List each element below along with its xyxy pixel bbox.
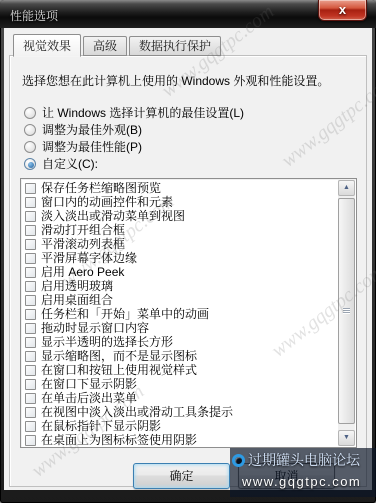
checkbox-icon[interactable] xyxy=(25,407,36,418)
checkbox-icon[interactable] xyxy=(25,211,36,222)
effect-item-label: 在单击后淡出菜单 xyxy=(41,391,137,405)
effect-list-item[interactable]: 任务栏和「开始」菜单中的动画 xyxy=(23,307,337,321)
effect-list-item[interactable]: 在鼠标指针下显示阴影 xyxy=(23,419,337,433)
checkbox-icon[interactable] xyxy=(25,421,36,432)
forum-logo-icon xyxy=(232,454,245,467)
checkbox-icon[interactable] xyxy=(25,309,36,320)
scroll-down-button[interactable]: ▼ xyxy=(338,430,355,446)
effect-item-label: 滑动打开组合框 xyxy=(41,223,125,237)
effect-item-label: 显示半透明的选择长方形 xyxy=(41,335,173,349)
effect-item-label: 在视图中淡入淡出或滑动工具条提示 xyxy=(41,405,233,419)
radio-option-label: 自定义(C): xyxy=(42,155,98,172)
radio-option-label: 让 Windows 选择计算机的最佳设置(L) xyxy=(42,104,244,121)
effect-list-item[interactable]: 在桌面上为图标标签使用阴影 xyxy=(23,433,337,447)
effect-list-item[interactable]: 平滑屏幕字体边缘 xyxy=(23,251,337,265)
checkbox-icon[interactable] xyxy=(25,197,36,208)
effect-list-item[interactable]: 拖动时显示窗口内容 xyxy=(23,321,337,335)
effect-item-label: 启用 Aero Peek xyxy=(41,265,124,279)
radio-button-icon xyxy=(24,141,36,153)
effect-list-item[interactable]: 平滑滚动列表框 xyxy=(23,237,337,251)
tab-label: 数据执行保护 xyxy=(139,39,211,53)
effect-item-label: 在窗口和按钮上使用视觉样式 xyxy=(41,363,197,377)
radio-option[interactable]: 调整为最佳性能(P) xyxy=(24,138,244,155)
effect-list-item[interactable]: 在窗口和按钮上使用视觉样式 xyxy=(23,363,337,377)
tab-label: 高级 xyxy=(93,39,117,53)
effect-list-item[interactable]: 在视图中淡入淡出或滑动工具条提示 xyxy=(23,405,337,419)
effects-list: 保存任务栏缩略图预览 窗口内的动画控件和元素 淡入淡出或滑动菜单到视图 xyxy=(23,181,337,445)
effect-item-label: 在桌面上为图标标签使用阴影 xyxy=(41,433,197,447)
effects-listbox: 保存任务栏缩略图预览 窗口内的动画控件和元素 淡入淡出或滑动菜单到视图 xyxy=(20,178,357,448)
effect-item-label: 平滑滚动列表框 xyxy=(41,237,125,251)
dialog-description: 选择您想在此计算机上使用的 Windows 外观和性能设置。 xyxy=(22,72,352,89)
effect-item-label: 窗口内的动画控件和元素 xyxy=(41,195,173,209)
effect-list-item[interactable]: 启用 Aero Peek xyxy=(23,265,337,279)
effect-list-item[interactable]: 在窗口下显示阴影 xyxy=(23,377,337,391)
checkbox-icon[interactable] xyxy=(25,225,36,236)
effect-item-label: 任务栏和「开始」菜单中的动画 xyxy=(41,307,209,321)
checkbox-icon[interactable] xyxy=(25,393,36,404)
effect-list-item[interactable]: 滑动打开组合框 xyxy=(23,223,337,237)
titlebar: 性能选项 x xyxy=(0,0,376,28)
radio-button-icon xyxy=(24,107,36,119)
forum-url: www.gqgtpc.com xyxy=(242,474,372,489)
window-title: 性能选项 xyxy=(10,7,58,24)
radio-option[interactable]: 自定义(C): xyxy=(24,155,244,172)
checkbox-icon[interactable] xyxy=(25,323,36,334)
effect-item-label: 保存任务栏缩略图预览 xyxy=(41,181,161,195)
checkbox-icon[interactable] xyxy=(25,253,36,264)
checkbox-icon[interactable] xyxy=(25,239,36,250)
checkbox-icon[interactable] xyxy=(25,337,36,348)
scrollbar-grip-icon xyxy=(343,308,350,314)
checkbox-icon[interactable] xyxy=(25,365,36,376)
checkbox-icon[interactable] xyxy=(25,295,36,306)
tab[interactable]: 高级 xyxy=(83,36,127,56)
checkbox-icon[interactable] xyxy=(25,379,36,390)
tab[interactable]: 数据执行保护 xyxy=(129,36,221,56)
radio-button-icon xyxy=(24,124,36,136)
radio-option[interactable]: 调整为最佳外观(B) xyxy=(24,121,244,138)
effect-list-item[interactable]: 保存任务栏缩略图预览 xyxy=(23,181,337,195)
tab[interactable]: 视觉效果 xyxy=(13,34,81,57)
radio-option-label: 调整为最佳性能(P) xyxy=(42,138,142,155)
effect-item-label: 在鼠标指针下显示阴影 xyxy=(41,419,161,433)
effect-list-item[interactable]: 启用透明玻璃 xyxy=(23,279,337,293)
checkbox-icon[interactable] xyxy=(25,267,36,278)
effect-item-label: 启用桌面组合 xyxy=(41,293,113,307)
scroll-down-icon: ▼ xyxy=(339,431,354,445)
effect-item-label: 拖动时显示窗口内容 xyxy=(41,321,149,335)
close-button[interactable]: x xyxy=(318,0,367,21)
forum-name: 过期罐头电脑论坛 xyxy=(248,450,360,470)
radio-option-label: 调整为最佳外观(B) xyxy=(42,121,142,138)
checkbox-icon[interactable] xyxy=(25,281,36,292)
scroll-up-button[interactable]: ▲ xyxy=(338,180,355,196)
effect-list-item[interactable]: 显示缩略图，而不是显示图标 xyxy=(23,349,337,363)
scroll-up-icon: ▲ xyxy=(339,181,354,195)
checkbox-icon[interactable] xyxy=(25,435,36,446)
effect-item-label: 淡入淡出或滑动菜单到视图 xyxy=(41,209,185,223)
effect-item-label: 平滑屏幕字体边缘 xyxy=(41,251,137,265)
effect-item-label: 显示缩略图，而不是显示图标 xyxy=(41,349,197,363)
effect-list-item[interactable]: 在单击后淡出菜单 xyxy=(23,391,337,405)
scrollbar-thumb[interactable] xyxy=(338,198,355,424)
forum-watermark: 过期罐头电脑论坛 www.gqgtpc.com xyxy=(230,448,376,497)
tab-strip: 视觉效果 高级 数据执行保护 xyxy=(13,33,223,56)
effect-list-item[interactable]: 启用桌面组合 xyxy=(23,293,337,307)
radio-option[interactable]: 让 Windows 选择计算机的最佳设置(L) xyxy=(24,104,244,121)
tab-label: 视觉效果 xyxy=(23,39,71,53)
radio-button-icon xyxy=(24,158,36,170)
close-icon: x xyxy=(319,0,366,19)
checkbox-icon[interactable] xyxy=(25,183,36,194)
checkbox-icon[interactable] xyxy=(25,351,36,362)
effect-list-item[interactable]: 显示半透明的选择长方形 xyxy=(23,335,337,349)
effect-item-label: 启用透明玻璃 xyxy=(41,279,113,293)
listbox-scrollbar: ▲ ▼ xyxy=(338,180,355,446)
effect-list-item[interactable]: 窗口内的动画控件和元素 xyxy=(23,195,337,209)
dialog-body: 视觉效果 高级 数据执行保护 选择您想在此计算机上使用的 Windows 外观和… xyxy=(4,28,372,490)
effect-item-label: 在窗口下显示阴影 xyxy=(41,377,137,391)
performance-options-dialog: 性能选项 x 视觉效果 高级 数据执行保护 选择您想在此计算机上使用的 Wind… xyxy=(0,0,376,503)
settings-radio-group: 让 Windows 选择计算机的最佳设置(L) 调整为最佳外观(B) 调整为最佳… xyxy=(24,104,244,172)
ok-button[interactable]: 确定 xyxy=(133,463,230,489)
effect-list-item[interactable]: 淡入淡出或滑动菜单到视图 xyxy=(23,209,337,223)
